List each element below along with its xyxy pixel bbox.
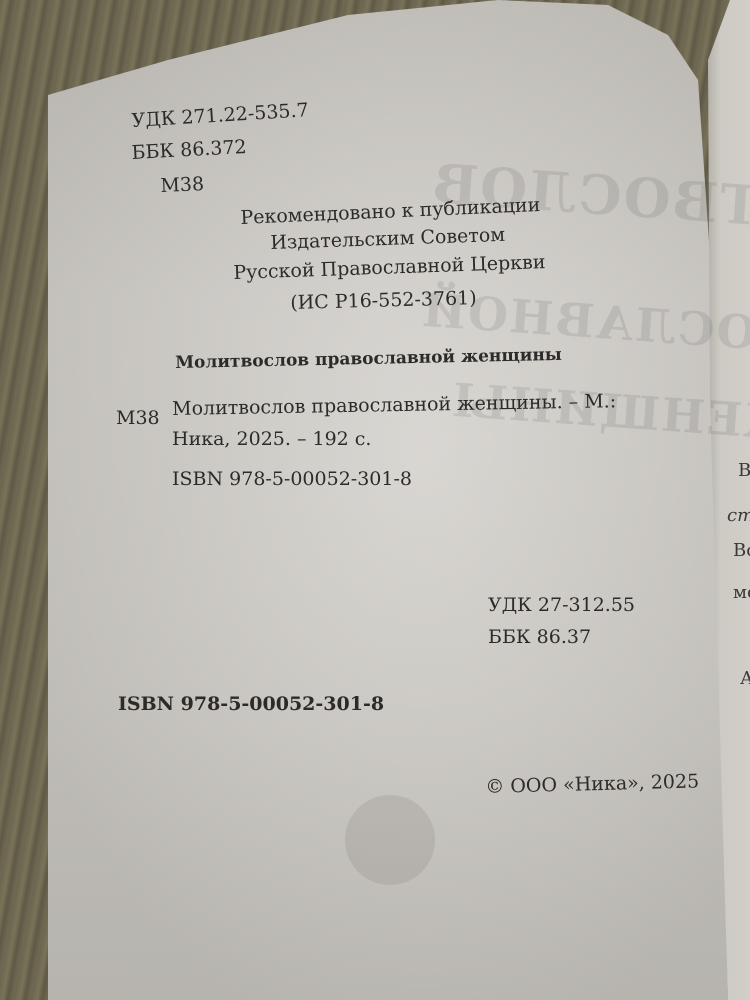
next-page-fragment: ме (733, 582, 750, 603)
isbn-bold: ISBN 978-5-00052-301-8 (118, 693, 384, 715)
next-page-fragment: А (740, 668, 750, 689)
next-page-fragment: Вс (733, 540, 750, 561)
catalog-mark: М38 (116, 407, 160, 429)
next-page-fragment: ст (727, 505, 750, 526)
udk-code: УДК 27-312.55 (488, 594, 635, 616)
catalog-entry-line-2: Ника, 2025. – 192 с. (172, 428, 371, 450)
next-page-fragment: В (738, 460, 750, 481)
bbk-code: ББК 86.37 (488, 626, 591, 648)
author-mark-header: М38 (160, 173, 205, 197)
show-through-logo (345, 795, 435, 885)
catalog-entry-isbn: ISBN 978-5-00052-301-8 (172, 468, 412, 490)
